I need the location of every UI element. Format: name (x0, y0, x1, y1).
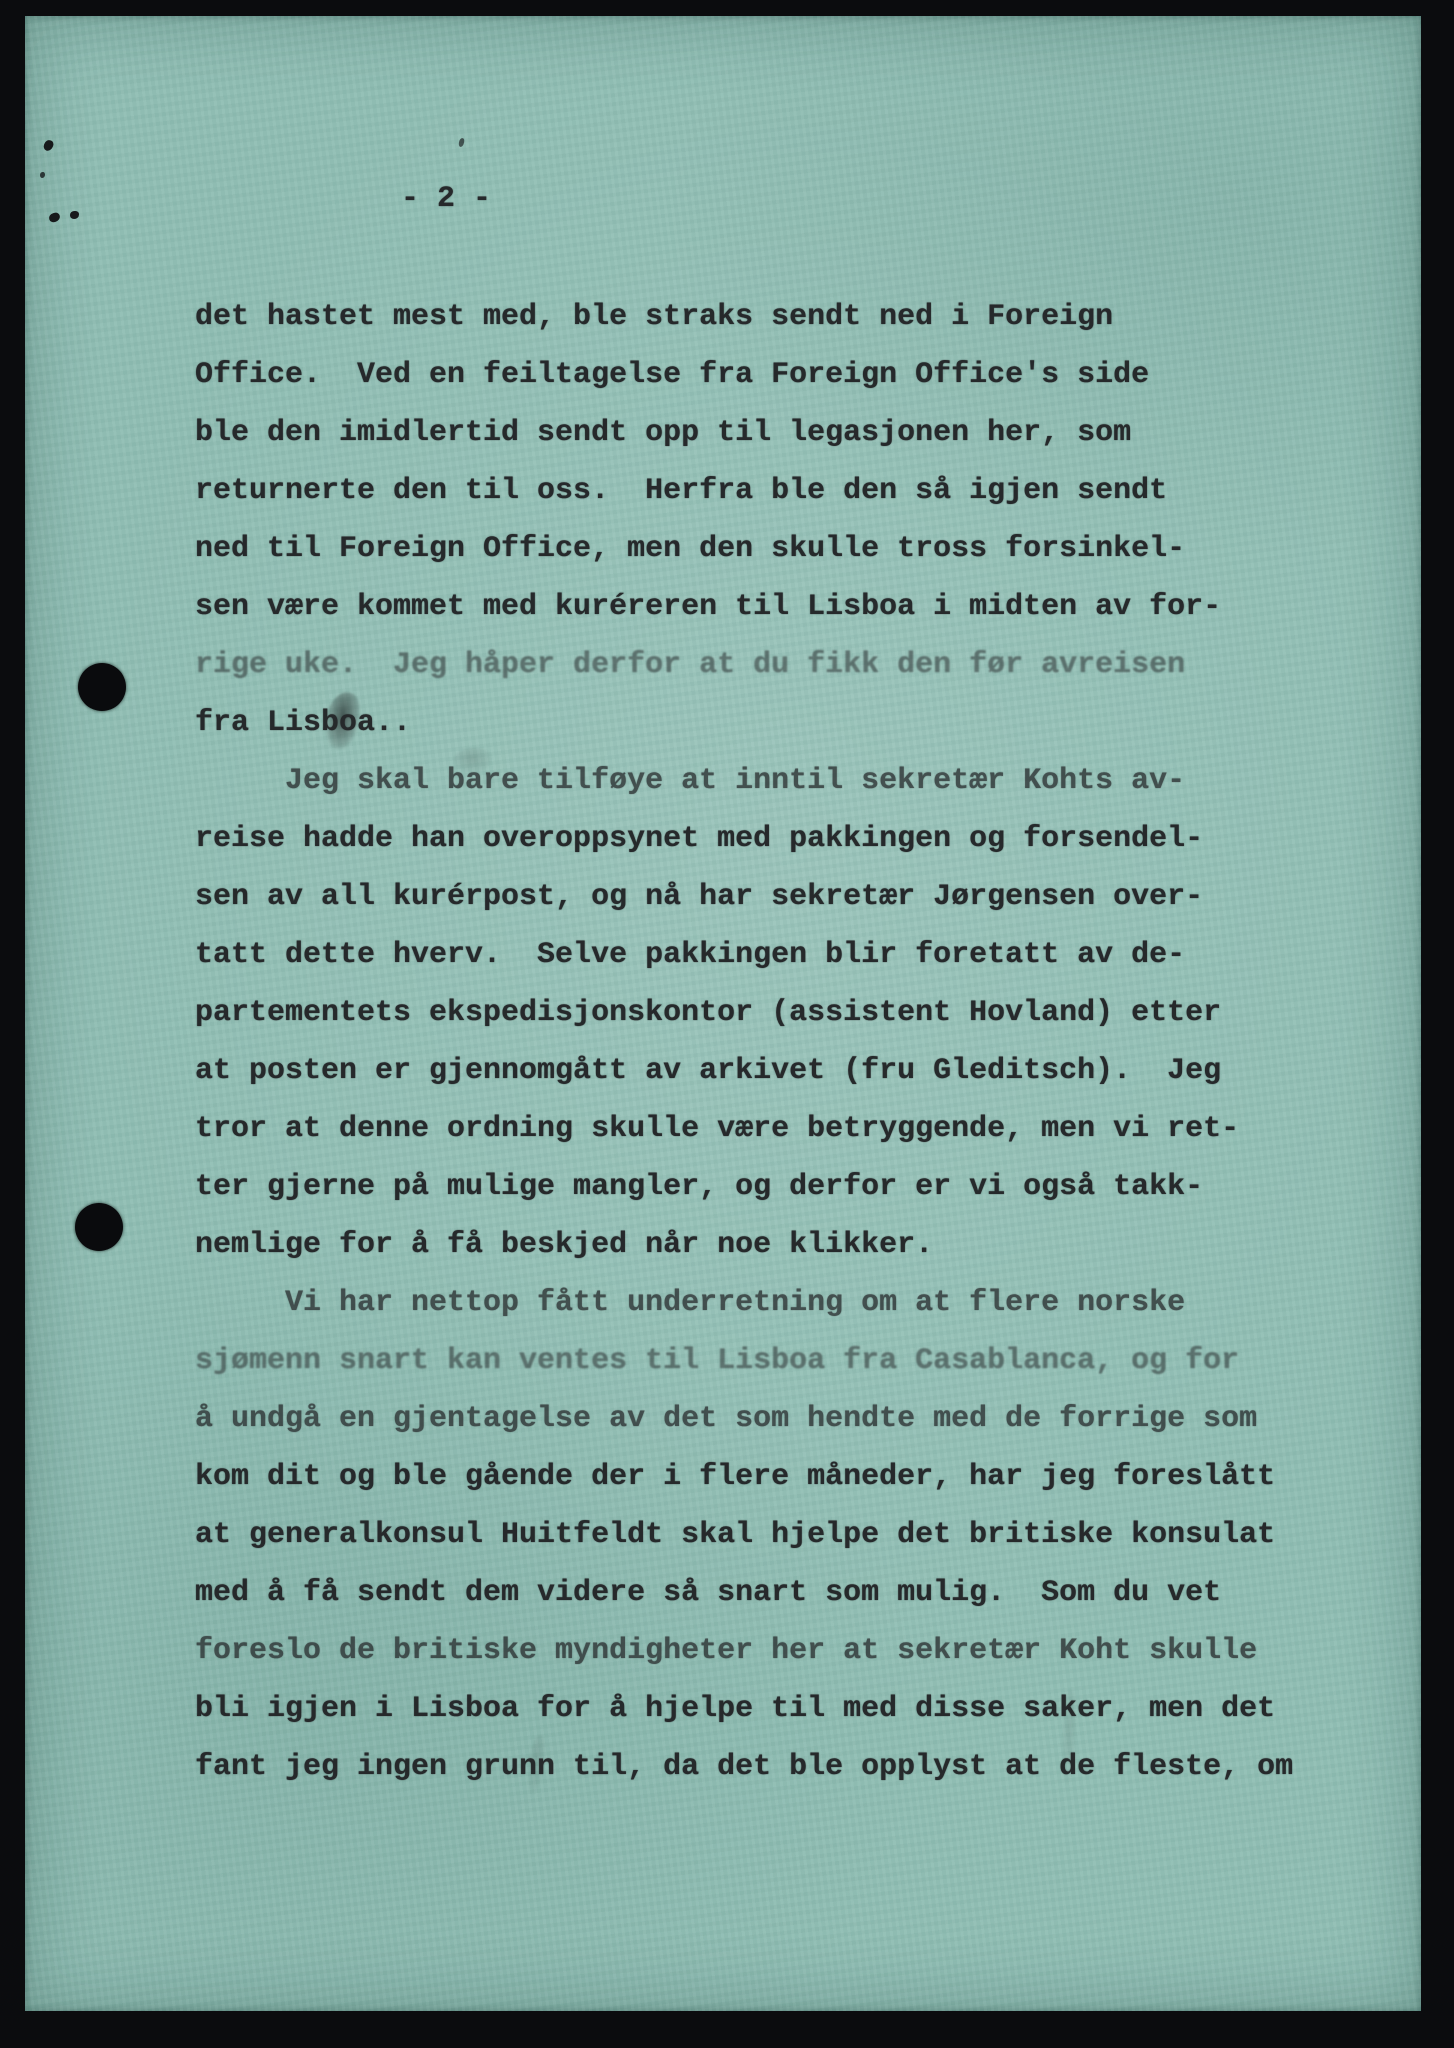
text-line: ble den imidlertid sendt opp til legasjo… (195, 404, 1293, 462)
text-line: nemlige for å få beskjed når noe klikker… (195, 1216, 1293, 1274)
paragraph: Vi har nettop fått underretning om at fl… (195, 1274, 1293, 1796)
text-line: tatt dette hverv. Selve pakkingen blir f… (195, 926, 1293, 984)
text-line: reise hadde han overoppsynet med pakking… (195, 810, 1293, 868)
text-line: Jeg skal bare tilføye at inntil sekretær… (195, 752, 1293, 810)
text-line: tror at denne ordning skulle være betryg… (195, 1100, 1293, 1158)
text-line: rige uke. Jeg håper derfor at du fikk de… (195, 636, 1293, 694)
text-line: Vi har nettop fått underretning om at fl… (195, 1274, 1293, 1332)
text-line: det hastet mest med, ble straks sendt ne… (195, 288, 1293, 346)
paragraph: Jeg skal bare tilføye at inntil sekretær… (195, 752, 1293, 1274)
paragraph: det hastet mest med, ble straks sendt ne… (195, 288, 1293, 752)
text-line: partementets ekspedisjonskontor (assiste… (195, 984, 1293, 1042)
text-line: sen av all kurérpost, og nå har sekretær… (195, 868, 1293, 926)
scanned-document-page: - 2 - det hastet mest med, ble straks se… (0, 0, 1454, 2048)
text-line: at generalkonsul Huitfeldt skal hjelpe d… (195, 1506, 1293, 1564)
text-line: fra Lisboa.. (195, 694, 1293, 752)
punch-hole-bottom (75, 1203, 123, 1251)
page-number: - 2 - (401, 182, 491, 216)
text-line: foreslo de britiske myndigheter her at s… (195, 1622, 1293, 1680)
text-line: bli igjen i Lisboa for å hjelpe til med … (195, 1680, 1293, 1738)
text-line: kom dit og ble gående der i flere månede… (195, 1448, 1293, 1506)
text-line: fant jeg ingen grunn til, da det ble opp… (195, 1738, 1293, 1796)
text-line: med å få sendt dem videre så snart som m… (195, 1564, 1293, 1622)
text-line: ter gjerne på mulige mangler, og derfor … (195, 1158, 1293, 1216)
text-line: sen være kommet med kuréreren til Lisboa… (195, 578, 1293, 636)
text-line: at posten er gjennomgått av arkivet (fru… (195, 1042, 1293, 1100)
text-line: returnerte den til oss. Herfra ble den s… (195, 462, 1293, 520)
text-line: Office. Ved en feiltagelse fra Foreign O… (195, 346, 1293, 404)
text-line: sjømenn snart kan ventes til Lisboa fra … (195, 1332, 1293, 1390)
punch-hole-top (78, 663, 126, 711)
text-line: å undgå en gjentagelse av det som hendte… (195, 1390, 1293, 1448)
letter-body-text: det hastet mest med, ble straks sendt ne… (195, 288, 1293, 1796)
text-line: ned til Foreign Office, men den skulle t… (195, 520, 1293, 578)
